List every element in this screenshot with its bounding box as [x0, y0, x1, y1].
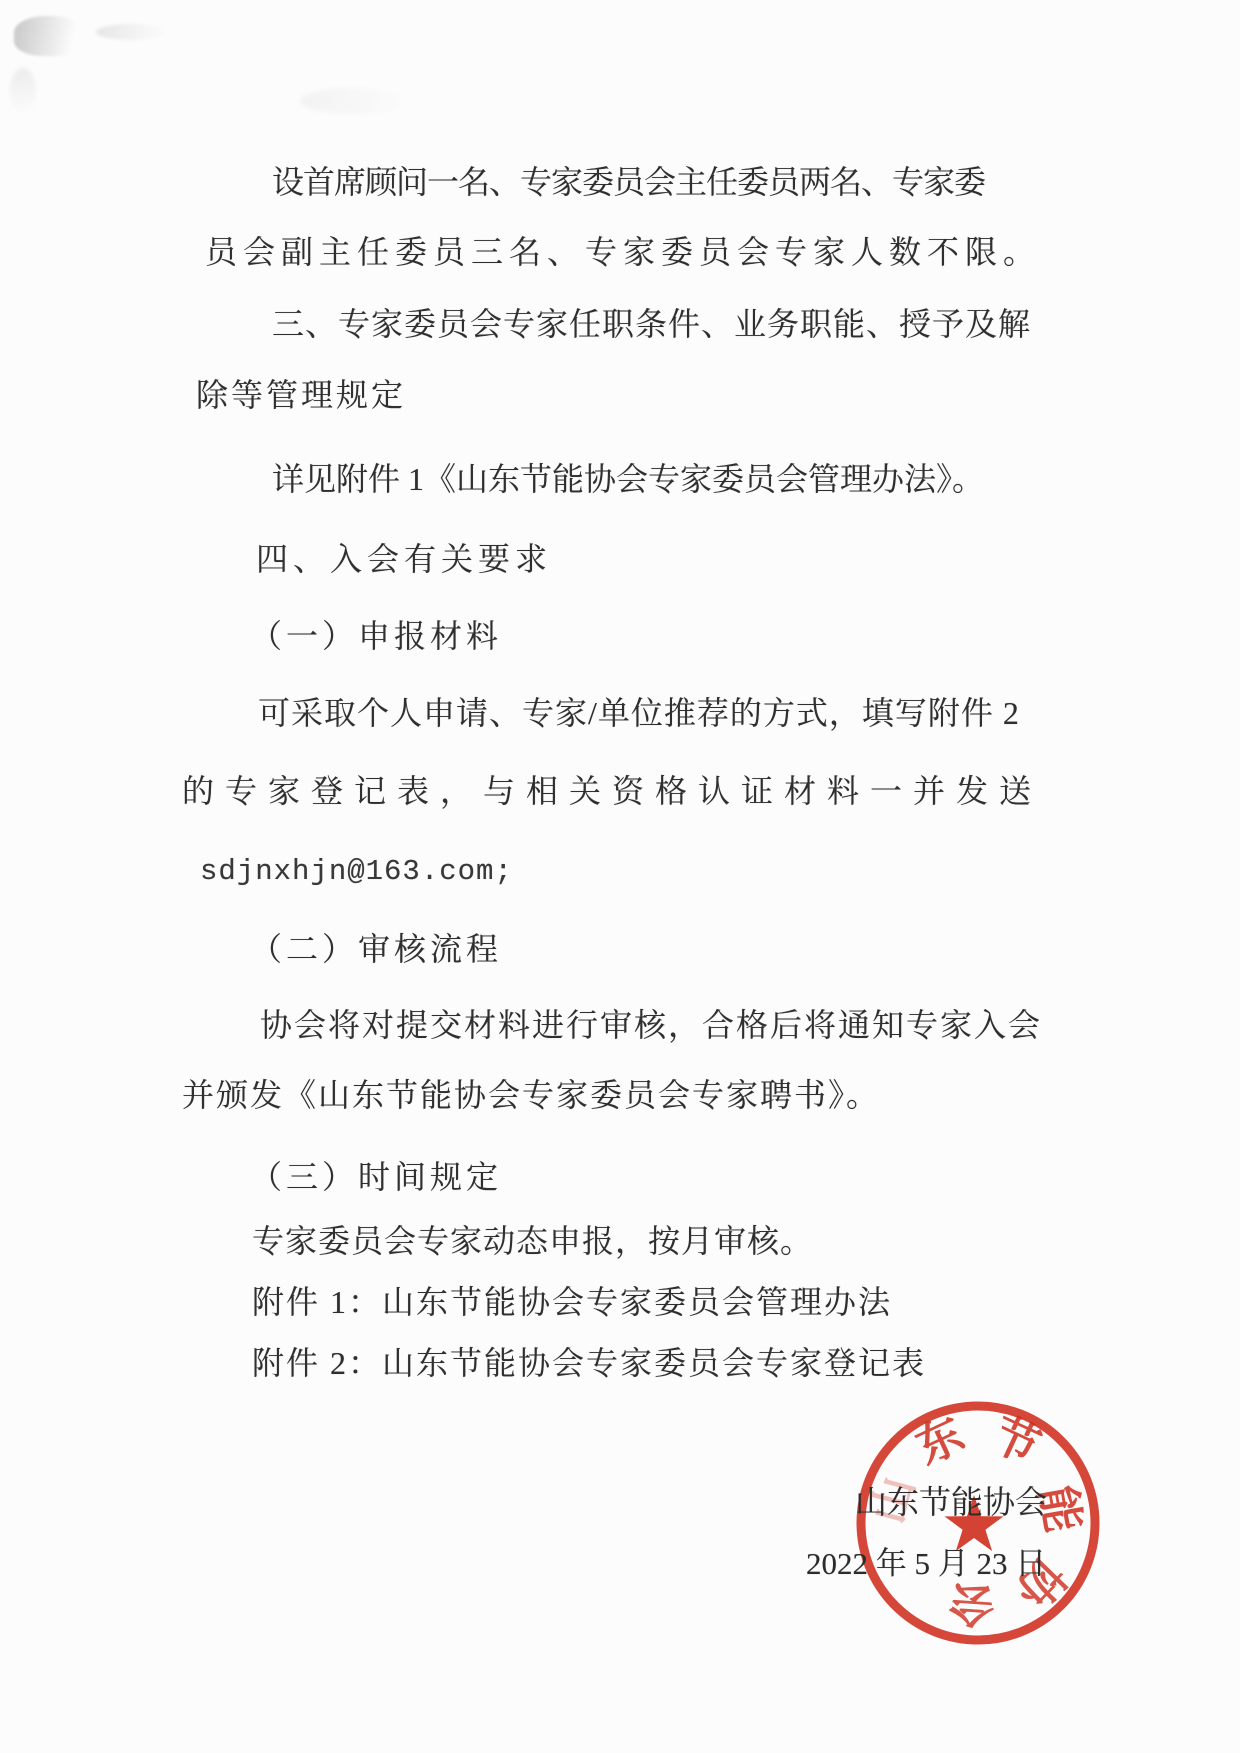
seal-char: 会 — [947, 1577, 996, 1631]
doc-subheading: （二）审核流程 — [250, 931, 502, 968]
scanned-document-page: 山 东 节 能 协 会 设首席顾问一名、专家委员会主任委员两名、专家委 员会副主… — [0, 0, 1240, 1753]
corner-smudge — [96, 24, 166, 40]
edge-smudge — [10, 68, 36, 114]
signature-date: 2022 年 5 月 23 日 — [806, 1538, 1046, 1583]
doc-heading: 三、专家委员会专家任职条件、业务职能、授予及解 — [272, 306, 1031, 343]
attachment-line: 附件 1：山东节能协会专家委员会管理办法 — [252, 1284, 892, 1321]
doc-subheading: （三）时间规定 — [250, 1159, 502, 1196]
faint-smudge — [300, 88, 410, 114]
doc-line: 并颁发《山东节能协会专家委员会专家聘书》。 — [182, 1077, 880, 1114]
corner-smudge — [14, 16, 92, 56]
doc-heading: 除等管理规定 — [196, 377, 406, 414]
email-address: sdjnxhjn@163.com; — [200, 855, 513, 888]
attachment-line: 附件 2：山东节能协会专家委员会专家登记表 — [252, 1345, 926, 1382]
doc-line: 的专家登记表，与相关资格认证材料一并发送 — [182, 773, 1042, 810]
signature-org: 山东节能协会 — [855, 1477, 1047, 1523]
doc-subheading: （一）申报材料 — [250, 618, 502, 655]
doc-line: 可采取个人申请、专家/单位推荐的方式，填写附件 2 — [258, 695, 1020, 732]
doc-line: 设首席顾问一名、专家委员会主任委员两名、专家委 — [272, 164, 985, 201]
doc-line: 协会将对提交材料进行审核，合格后将通知专家入会 — [260, 1007, 1042, 1044]
doc-line: 专家委员会专家动态申报，按月审核。 — [252, 1223, 813, 1260]
doc-heading: 四、入会有关要求 — [256, 541, 552, 578]
doc-line: 员会副主任委员三名、专家委员会专家人数不限。 — [205, 234, 1041, 271]
doc-line: 详见附件 1《山东节能协会专家委员会管理办法》。 — [272, 461, 984, 498]
official-seal-stamp: 山 东 节 能 协 会 — [848, 1393, 1108, 1653]
